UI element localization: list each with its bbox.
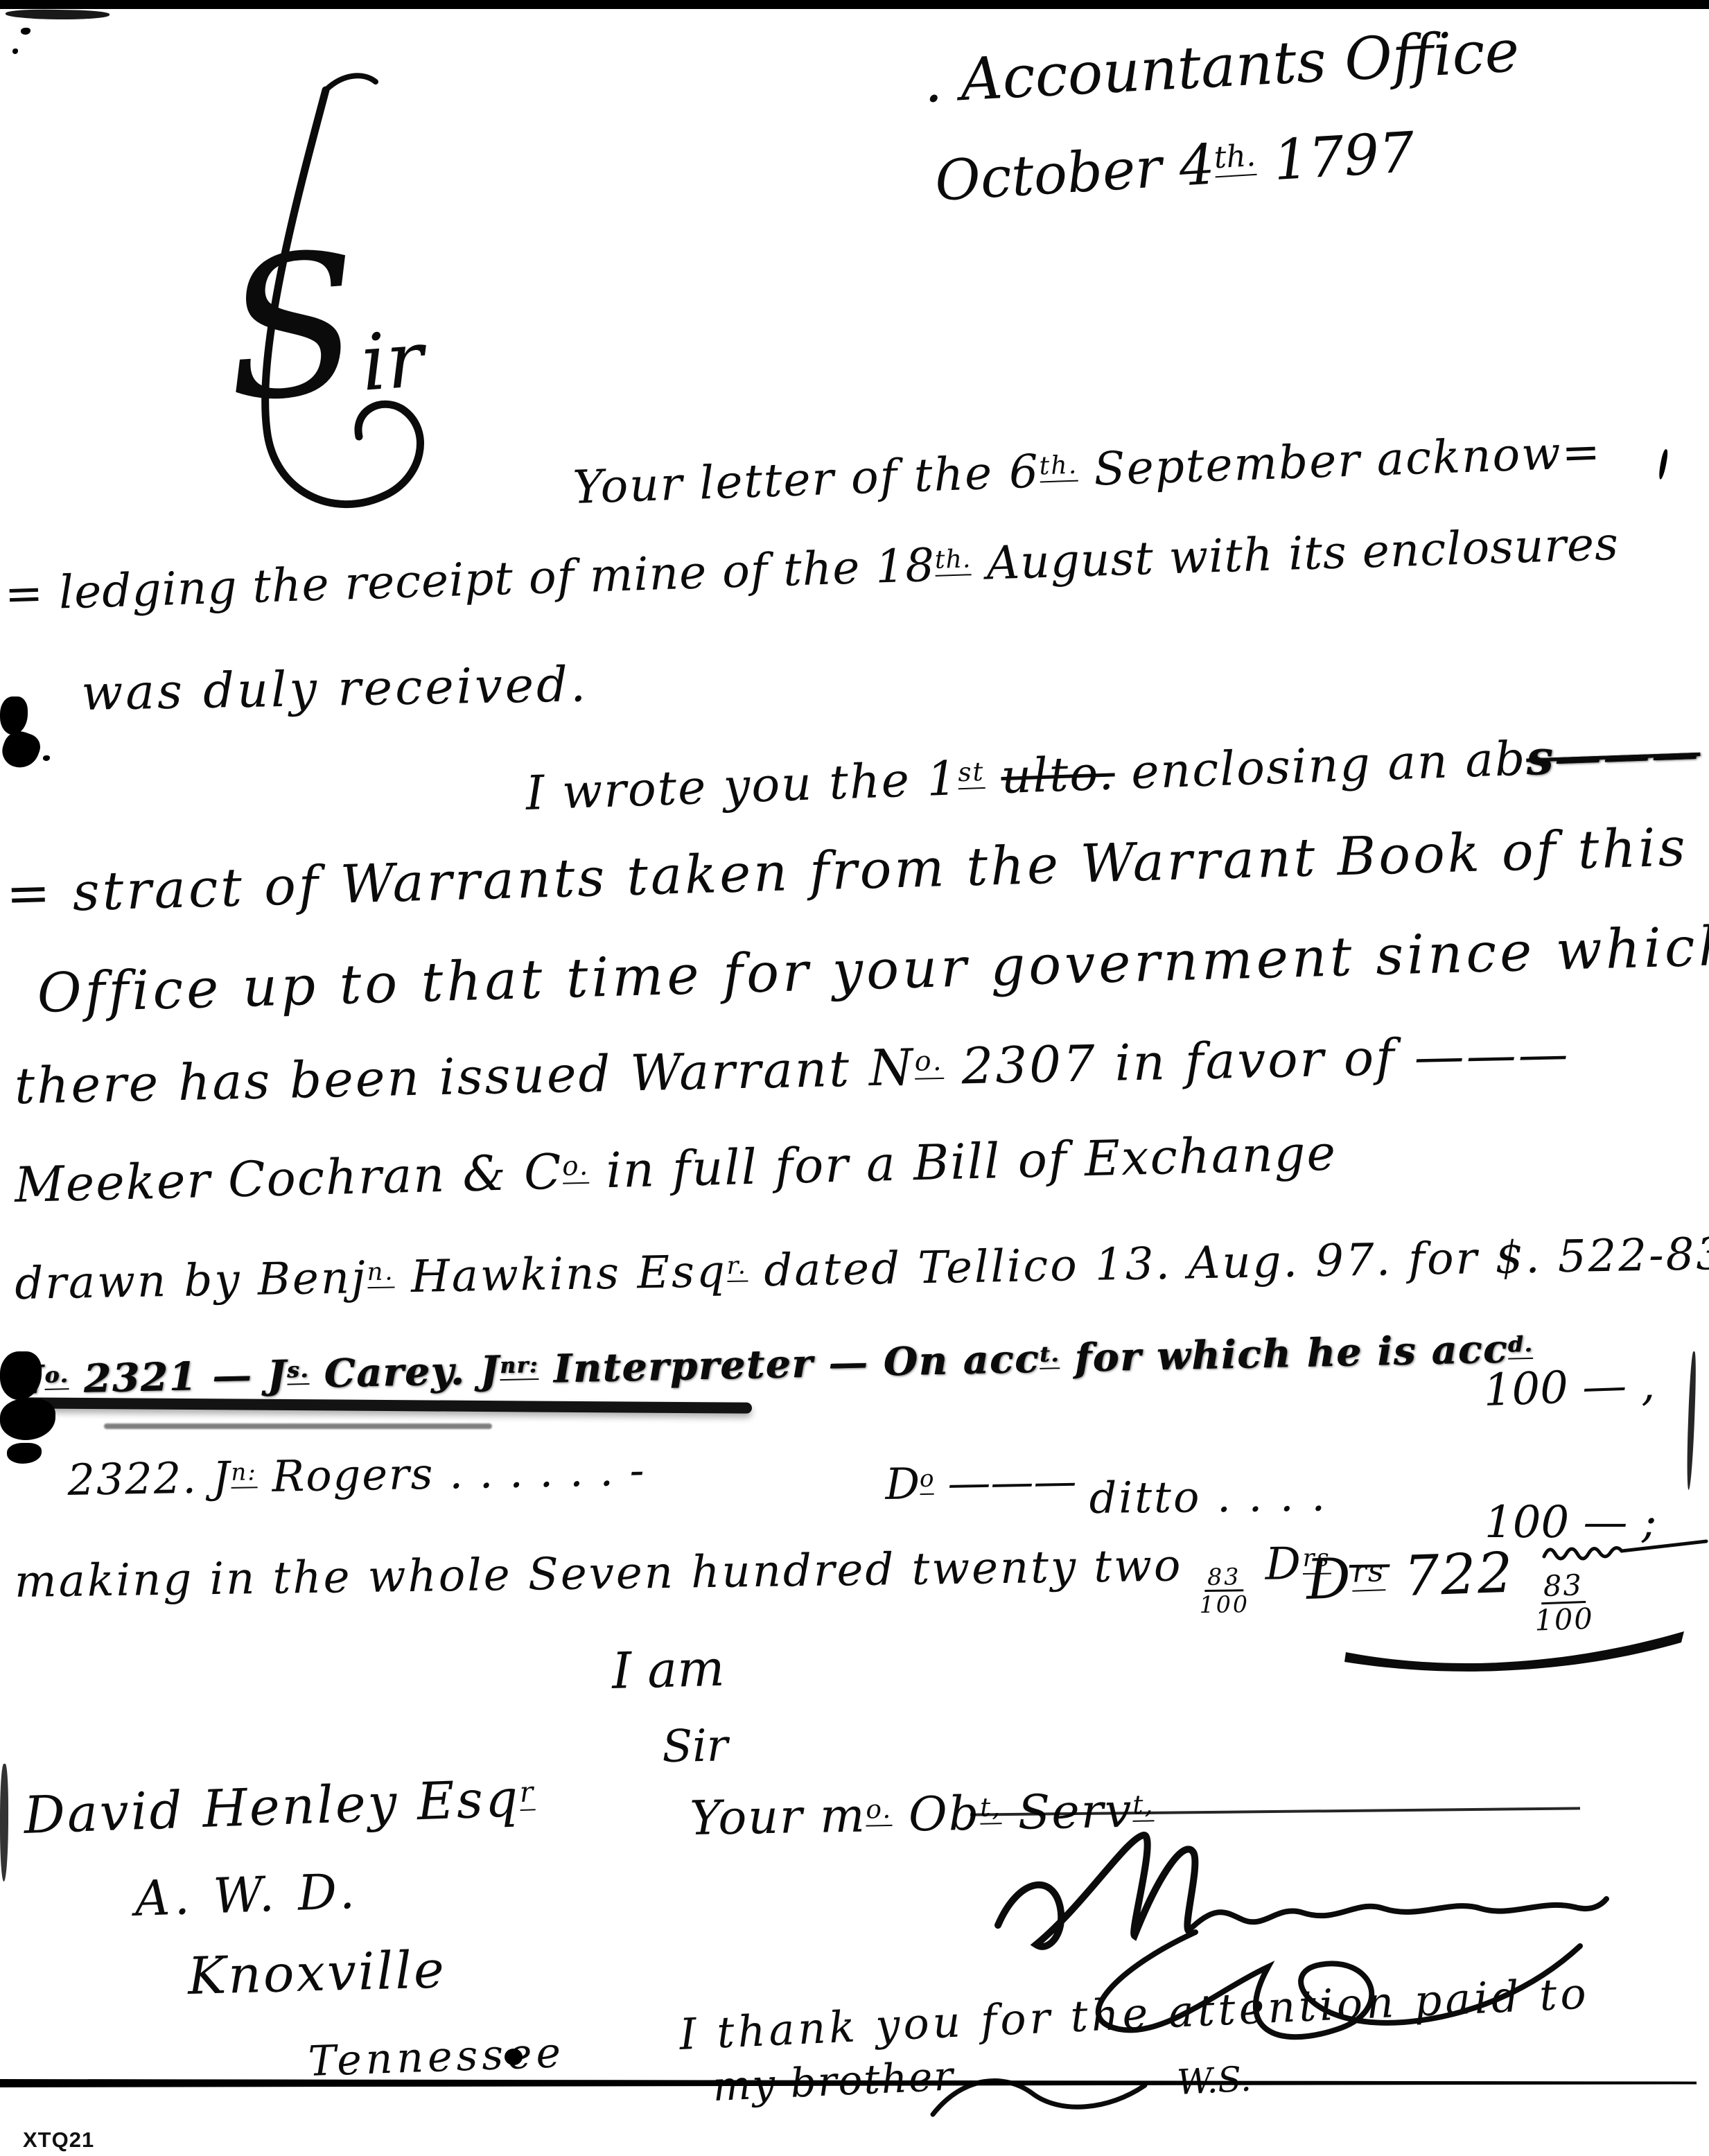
text-segment: n. <box>367 1258 395 1289</box>
text-segment: 1797 <box>1254 120 1416 194</box>
text-segment <box>983 750 1001 805</box>
text-segment: st <box>958 756 985 789</box>
ink-smudge-bar-2 <box>104 1423 492 1429</box>
body-line-3: was duly received. <box>81 658 589 720</box>
text-segment: Interpreter — On acc <box>538 1336 1040 1392</box>
heading-office: . Accountants Office <box>922 19 1520 114</box>
text-segment: r <box>519 1775 536 1811</box>
text-segment: D <box>885 1458 920 1509</box>
text-segment: making in the whole Seven hundred twenty… <box>14 1540 1199 1608</box>
text-segment: August with its enclosures <box>970 517 1620 590</box>
text-segment: D <box>1305 1546 1353 1612</box>
total-underline-swash <box>1343 1624 1690 1669</box>
text-segment: D <box>1249 1539 1304 1590</box>
text-segment: s——— <box>1525 725 1701 787</box>
scan-speck <box>6 9 109 21</box>
body-line-8: Meeker Cochran & Co. in full for a Bill … <box>14 1126 1338 1212</box>
scanned-letter-page: . Accountants Office October 4th. 1797 S… <box>0 0 1709 2156</box>
scan-speck <box>1686 1351 1697 1490</box>
warrant-row-2321: No. 2321 — Js. Carey. Jnr: Interpreter —… <box>8 1328 1534 1403</box>
scan-speck <box>12 49 18 54</box>
text-segment: Ob <box>892 1787 981 1843</box>
warrant-row-2322: 2322. Jn: Rogers . . . . . . - <box>67 1446 646 1504</box>
text-segment: in full for a Bill of Exchange <box>588 1124 1337 1199</box>
address-city: Knoxville <box>187 1942 447 2005</box>
text-segment: r. <box>726 1252 748 1283</box>
body-line-7: there has been issued Warrant No. 2307 i… <box>14 1026 1570 1114</box>
text-segment: o. <box>914 1045 944 1080</box>
text-segment: October 4 <box>933 132 1216 213</box>
warrant-ditto: ditto . . . . <box>1089 1472 1327 1522</box>
address-state: Tennessee <box>308 2030 566 2085</box>
text-segment: nr: <box>500 1353 539 1381</box>
body-line-5: = stract of Warrants taken from the Warr… <box>6 818 1689 922</box>
scan-speck <box>1658 449 1669 480</box>
closing-sir: Sir <box>662 1721 728 1771</box>
text-segment: drawn by Benj <box>15 1252 368 1310</box>
text-segment: for which he is acc <box>1059 1326 1508 1382</box>
address-name: David Henley Esqr <box>23 1770 536 1844</box>
text-segment: o <box>920 1465 934 1495</box>
warrant-do-mark: Do ——— <box>885 1457 1077 1508</box>
text-segment: Carey. J <box>308 1347 500 1397</box>
scan-top-edge-bar <box>0 0 1709 9</box>
text-segment: t, <box>980 1791 1002 1825</box>
scan-speck <box>7 1443 42 1464</box>
body-line-9: drawn by Benjn. Hawkins Esqr. dated Tell… <box>15 1230 1709 1308</box>
text-segment: Hawkins Esq <box>394 1246 727 1303</box>
fraction: 83100 <box>1199 1565 1250 1617</box>
text-segment: David Henley Esq <box>23 1769 521 1846</box>
address-awd: A. W. D. <box>134 1865 360 1926</box>
text-segment: o. <box>562 1150 590 1184</box>
text-segment: ulto. <box>1000 746 1116 805</box>
scan-speck <box>0 1399 55 1440</box>
scan-speck <box>0 696 28 735</box>
text-segment: was duly received. <box>81 656 589 721</box>
text-segment: Your letter of the 6 <box>572 445 1040 514</box>
text-segment: t, <box>1132 1789 1155 1823</box>
text-segment: there has been issued Warrant N <box>14 1038 915 1115</box>
warrant-amount-2321: 100 — , <box>1483 1360 1656 1415</box>
text-segment: 2307 in favor of ——— <box>943 1024 1571 1096</box>
body-line-6: Office up to that time for your governme… <box>37 918 1709 1024</box>
salutation: Sir <box>219 222 427 430</box>
text-segment: Meeker Cochran & C <box>14 1143 563 1213</box>
footer-reference-code: XTQ21 <box>23 2128 94 2153</box>
text-segment: 2322. J <box>67 1452 231 1505</box>
body-line-4: I wrote you the 1st ulto. enclosing an a… <box>525 727 1700 821</box>
text-segment: rs <box>1351 1553 1385 1592</box>
scan-speck <box>21 28 30 35</box>
scan-speck <box>43 755 50 761</box>
closing-i-am: I am <box>611 1641 726 1699</box>
body-line-1: Your letter of the 6th. September acknow… <box>572 427 1602 513</box>
text-segment: th. <box>1039 449 1078 482</box>
text-segment: t. <box>1040 1342 1060 1369</box>
text-segment: enclosing an ab <box>1114 732 1527 801</box>
text-segment: = stract of Warrants taken from the Warr… <box>6 816 1689 924</box>
total-text-line: making in the whole Seven hundred twenty… <box>14 1539 1394 1633</box>
text-segment: I wrote you the 1 <box>525 751 959 821</box>
postscript-flourish <box>929 2069 1150 2131</box>
text-segment: o. <box>866 1794 893 1827</box>
text-segment: Your m <box>690 1789 867 1846</box>
text-segment: Rogers . . . . . . - <box>256 1444 646 1502</box>
text-segment: 722 <box>1384 1540 1534 1609</box>
scan-speck <box>0 1764 8 1882</box>
text-segment: 2321 — J <box>69 1352 288 1403</box>
text-segment: th. <box>934 543 972 577</box>
ink-smudge-bar <box>17 1397 752 1413</box>
text-segment: September acknow= <box>1077 425 1602 496</box>
ink-dot <box>505 2049 523 2065</box>
text-segment: o. <box>44 1362 69 1390</box>
text-segment: ——— <box>934 1455 1077 1509</box>
text-segment: n: <box>231 1458 257 1489</box>
text-segment: th. <box>1213 138 1256 178</box>
heading-date: October 4th. 1797 <box>934 122 1417 212</box>
text-segment: d. <box>1507 1332 1533 1360</box>
text-segment: s. <box>287 1358 310 1385</box>
text-segment: Office up to that time for your governme… <box>37 915 1709 1025</box>
scan-speck <box>0 727 44 773</box>
text-segment: dated Tellico 13. Aug. 97. for $. 522-83 <box>747 1229 1709 1297</box>
